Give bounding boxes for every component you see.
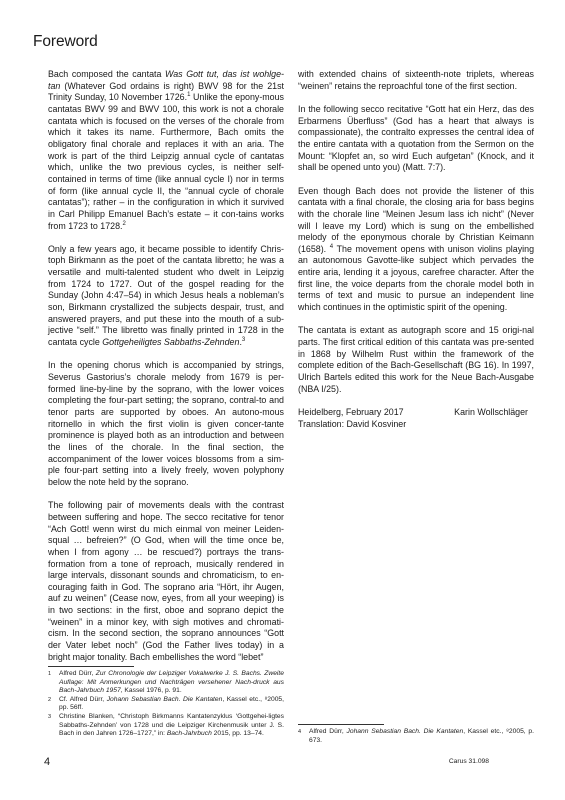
- text: Bach composed the cantata: [48, 69, 165, 79]
- footnote-number: 3: [48, 713, 51, 722]
- paragraph-opening-chorus: In the opening chorus which is accompani…: [48, 360, 284, 488]
- author-name: Karin Wollschläger: [454, 407, 528, 419]
- footnotes-left: 1Alfred Dürr, Zur Chronologie der Leipzi…: [48, 670, 284, 739]
- signature-block: Heidelberg, February 2017 Karin Wollschl…: [298, 407, 534, 430]
- text: The movement opens with unison violins p…: [298, 244, 534, 312]
- footnote-number: 1: [48, 670, 51, 679]
- footnote-ref-3[interactable]: 3: [242, 337, 245, 343]
- text: Cf. Alfred Dürr,: [59, 696, 107, 703]
- text: Alfred Dürr,: [59, 670, 96, 677]
- footnote-divider: [48, 666, 134, 667]
- book-title: Johann Sebastian Bach. Die Kantaten: [347, 728, 464, 735]
- text: Alfred Dürr,: [309, 728, 347, 735]
- footnote-divider: [298, 724, 384, 725]
- catalog-number: Carus 31.098: [449, 758, 489, 765]
- cycle-title: Gottgeheiligtes Sabbaths-Zehnden: [102, 337, 239, 347]
- footnote-2: 2Cf. Alfred Dürr, Johann Sebastian Bach.…: [48, 696, 284, 713]
- place-date: Heidelberg, February 2017: [298, 407, 404, 419]
- text: Only a few years ago, it became possible…: [48, 244, 284, 347]
- paragraph-sources: The cantata is extant as autograph score…: [298, 325, 534, 395]
- paragraph-movements: The following pair of movements deals wi…: [48, 500, 284, 663]
- paragraph-continuation: with extended chains of sixteenth-note t…: [298, 69, 534, 92]
- page-number: 4: [44, 756, 50, 768]
- paragraph-librettist: Only a few years ago, it became possible…: [48, 244, 284, 349]
- book-title: Johann Sebastian Bach. Die Kantaten: [107, 696, 223, 703]
- text: 2015, pp. 13–74.: [212, 730, 264, 737]
- footnote-1: 1Alfred Dürr, Zur Chronologie der Leipzi…: [48, 670, 284, 696]
- footnote-4: 4Alfred Dürr, Johann Sebastian Bach. Die…: [298, 728, 534, 745]
- journal-title: Bach-Jahrbuch: [167, 730, 212, 737]
- paragraph-closing-aria: Even though Bach does not provide the li…: [298, 186, 534, 314]
- page-title: Foreword: [33, 33, 98, 51]
- right-column: with extended chains of sixteenth-note t…: [298, 69, 534, 430]
- footnotes-right: 4Alfred Dürr, Johann Sebastian Bach. Die…: [298, 728, 534, 745]
- text: Unlike the epony-mous cantatas BWV 99 an…: [48, 92, 284, 230]
- footnote-3: 3Christine Blanken, “Christoph Birkmanns…: [48, 713, 284, 739]
- footnote-number: 2: [48, 696, 51, 705]
- left-column: Bach composed the cantata Was Gott tut, …: [48, 69, 284, 675]
- paragraph-intro: Bach composed the cantata Was Gott tut, …: [48, 69, 284, 232]
- paragraph-recitative: In the following secco recitative “Gott …: [298, 104, 534, 174]
- footnote-ref-2[interactable]: 2: [123, 221, 126, 227]
- footnote-number: 4: [298, 728, 301, 737]
- translator-credit: Translation: David Kosviner: [298, 419, 534, 431]
- text: Kassel 1976, p. 91.: [123, 687, 182, 694]
